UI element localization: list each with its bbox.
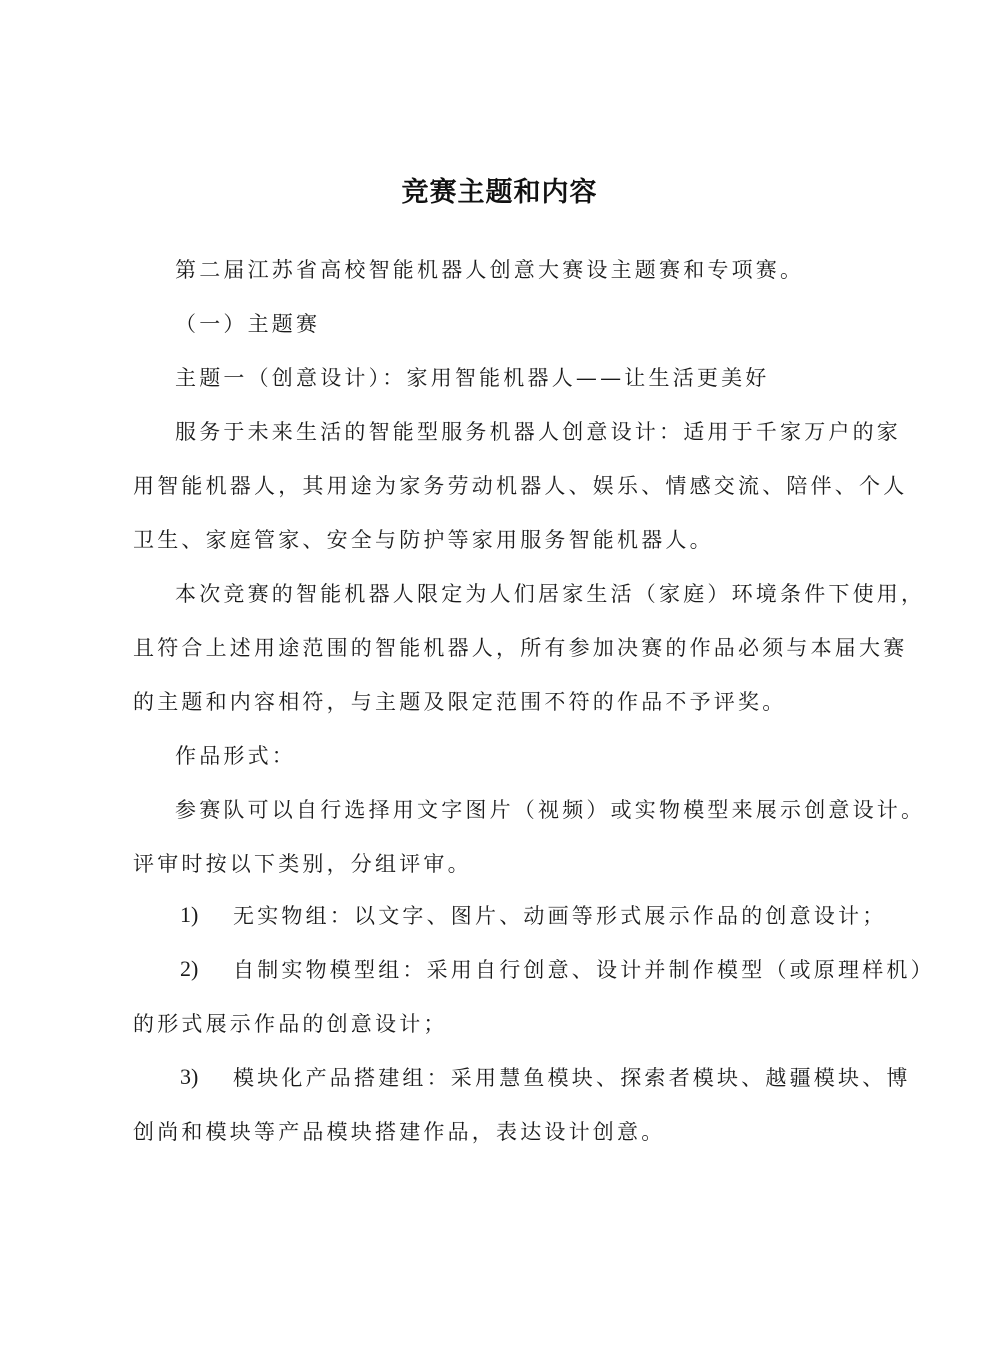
list-item-text: 模块化产品搭建组：采用慧鱼模块、探索者模块、越疆模块、博 [233,1064,911,1092]
paragraph-line: 参赛队可以自行选择用文字图片（视频）或实物模型来展示创意设计。 [175,796,925,824]
paragraph-line: 用智能机器人，其用途为家务劳动机器人、娱乐、情感交流、陪伴、个人 [133,472,907,500]
paragraph-line: 服务于未来生活的智能型服务机器人创意设计：适用于千家万户的家 [175,418,901,446]
list-item-text: 自制实物模型组：采用自行创意、设计并制作模型（或原理样机） [233,956,935,984]
intro-paragraph: 第二届江苏省高校智能机器人创意大赛设主题赛和专项赛。 [175,256,804,284]
list-item-text: 的形式展示作品的创意设计； [133,1010,448,1038]
list-number: 1) [180,902,198,928]
paragraph-line: 卫生、家庭管家、安全与防护等家用服务智能机器人。 [133,526,714,554]
list-item-text: 无实物组：以文字、图片、动画等形式展示作品的创意设计； [233,902,886,930]
paragraph-line: 的主题和内容相符，与主题及限定范围不符的作品不予评奖。 [133,688,786,716]
list-number: 2) [180,956,198,982]
paragraph-line: 本次竞赛的智能机器人限定为人们居家生活（家庭）环境条件下使用， [175,580,925,608]
subheading: 作品形式： [175,742,296,770]
paragraph-line: 且符合上述用途范围的智能机器人，所有参加决赛的作品必须与本届大赛 [133,634,907,662]
theme-heading: 主题一（创意设计）：家用智能机器人——让生活更美好 [175,364,770,392]
list-item-text: 创尚和模块等产品模块搭建作品，表达设计创意。 [133,1118,665,1146]
paragraph-line: 评审时按以下类别，分组评审。 [133,850,472,878]
section-heading: （一）主题赛 [175,310,320,338]
page-title: 竞赛主题和内容 [0,170,999,209]
list-number: 3) [180,1064,198,1090]
